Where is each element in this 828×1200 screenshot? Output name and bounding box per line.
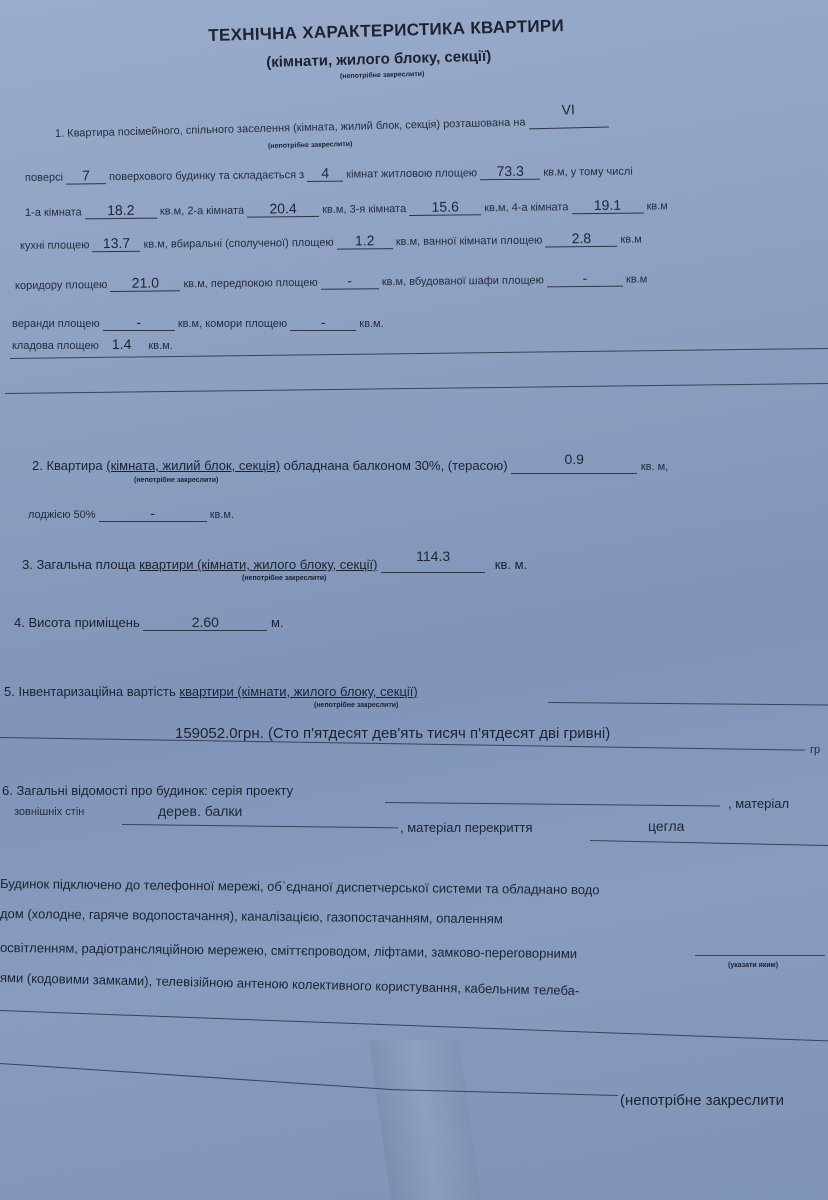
section1-corridor: коридору площею 21.0 кв.м, передпокою пл… — [15, 269, 647, 293]
strike-out-hint: (непотрібне закреслити — [620, 1092, 784, 1109]
blank-line — [548, 702, 828, 705]
header-hint: (непотрібне закреслити) — [340, 71, 425, 80]
document-page: ТЕХНІЧНА ХАРАКТЕРИСТИКА КВАРТИРИ (кімнат… — [0, 0, 828, 1200]
hall-field[interactable]: - — [321, 272, 379, 290]
blank-line — [0, 1010, 828, 1041]
bathroom-field[interactable]: 2.8 — [545, 230, 617, 248]
room4-field[interactable]: 19.1 — [571, 197, 643, 215]
section1-intro: 1. Квартира посімейного, спільного засел… — [55, 114, 609, 141]
utilities-line2: дом (холодне, гаряче водопостачання), ка… — [0, 906, 503, 926]
pantry-field[interactable]: - — [290, 314, 356, 331]
document-subtitle: (кімнати, жилого блоку, секції) — [266, 48, 491, 71]
blank-line — [590, 840, 828, 846]
section1-veranda: веранди площею - кв.м, комори площею - к… — [12, 314, 384, 331]
kitchen-field[interactable]: 13.7 — [92, 235, 140, 253]
section3-line: 3. Загальна площа квартири (кімнати, жил… — [22, 556, 527, 573]
wardrobe-field[interactable]: - — [547, 270, 623, 288]
utilities-line4: ями (кодовими замками), телевізійною ант… — [0, 970, 579, 998]
section1-rooms: 1-а кімната 18.2 кв.м, 2-а кімната 20.4 … — [25, 196, 668, 220]
veranda-field[interactable]: - — [103, 314, 175, 331]
storage-value[interactable]: 1.4 — [112, 336, 131, 352]
document-title: ТЕХНІЧНА ХАРАКТЕРИСТИКА КВАРТИРИ — [208, 16, 564, 46]
project-series-field[interactable] — [385, 802, 720, 807]
section3-hint: (непотрібне закреслити) — [242, 575, 326, 582]
paper-fold-shadow — [369, 1040, 481, 1200]
living-area-field[interactable]: 73.3 — [480, 163, 540, 181]
balcony-field[interactable]: 0.9 — [511, 457, 637, 474]
floor-field[interactable]: VI — [528, 110, 608, 129]
section4-line: 4. Висота приміщень 2.60 м. — [14, 614, 284, 631]
room3-field[interactable]: 15.6 — [409, 198, 481, 216]
blank-line — [122, 824, 398, 828]
building-floors-field[interactable]: 7 — [66, 167, 106, 184]
section2-loggia: лоджією 50% - кв.м. — [28, 505, 234, 522]
section2-hint: (непотрібне закреслити) — [134, 477, 218, 484]
section1-storage: кладова площею 1.4 кв.м. — [12, 336, 173, 352]
specify-hint: (указати яким) — [728, 962, 778, 969]
corridor-field[interactable]: 21.0 — [110, 274, 180, 292]
section5-unit: гр — [810, 744, 820, 756]
toilet-field[interactable]: 1.2 — [337, 232, 393, 250]
ceiling-height-field[interactable]: 2.60 — [143, 614, 267, 631]
section6-label: 6. Загальні відомості про будинок: серія… — [2, 783, 293, 798]
inventory-value[interactable]: 159052.0грн. (Сто п'ятдесят дев'ять тися… — [175, 725, 610, 742]
section6-ceiling-label: , матеріал перекриття — [400, 820, 533, 835]
blank-line — [5, 383, 828, 394]
section5-line: 5. Інвентаризаційна вартість квартири (к… — [4, 684, 418, 699]
section5-hint: (непотрібне закреслити) — [314, 702, 398, 709]
section1-line2: поверсі 7 поверхового будинку та складає… — [25, 162, 633, 185]
section6-material-label: , матеріал — [728, 796, 789, 811]
ceiling-material-value[interactable]: цегла — [648, 818, 684, 834]
loggia-field[interactable]: - — [99, 505, 207, 522]
section2-line: 2. Квартира (кімната, жилий блок, секція… — [32, 457, 668, 474]
rooms-count-field[interactable]: 4 — [307, 165, 343, 182]
total-area-field[interactable]: 114.3 — [381, 556, 485, 573]
room2-field[interactable]: 20.4 — [247, 200, 319, 218]
section1-hint: (непотрібне закреслити) — [268, 141, 353, 150]
heating-type-field[interactable] — [695, 955, 825, 956]
utilities-line3: освітленням, радіотрансляційною мережею,… — [0, 940, 577, 961]
utilities-line1: Будинок підключено до телефонної мережі,… — [0, 876, 600, 897]
room1-field[interactable]: 18.2 — [85, 202, 157, 220]
section6-walls-label: зовнішніх стін — [14, 806, 84, 818]
section1-wet-rooms: кухні площею 13.7 кв.м, вбиральні (сполу… — [20, 229, 642, 253]
walls-material-value[interactable]: дерев. балки — [158, 803, 242, 819]
blank-line — [0, 1063, 389, 1090]
